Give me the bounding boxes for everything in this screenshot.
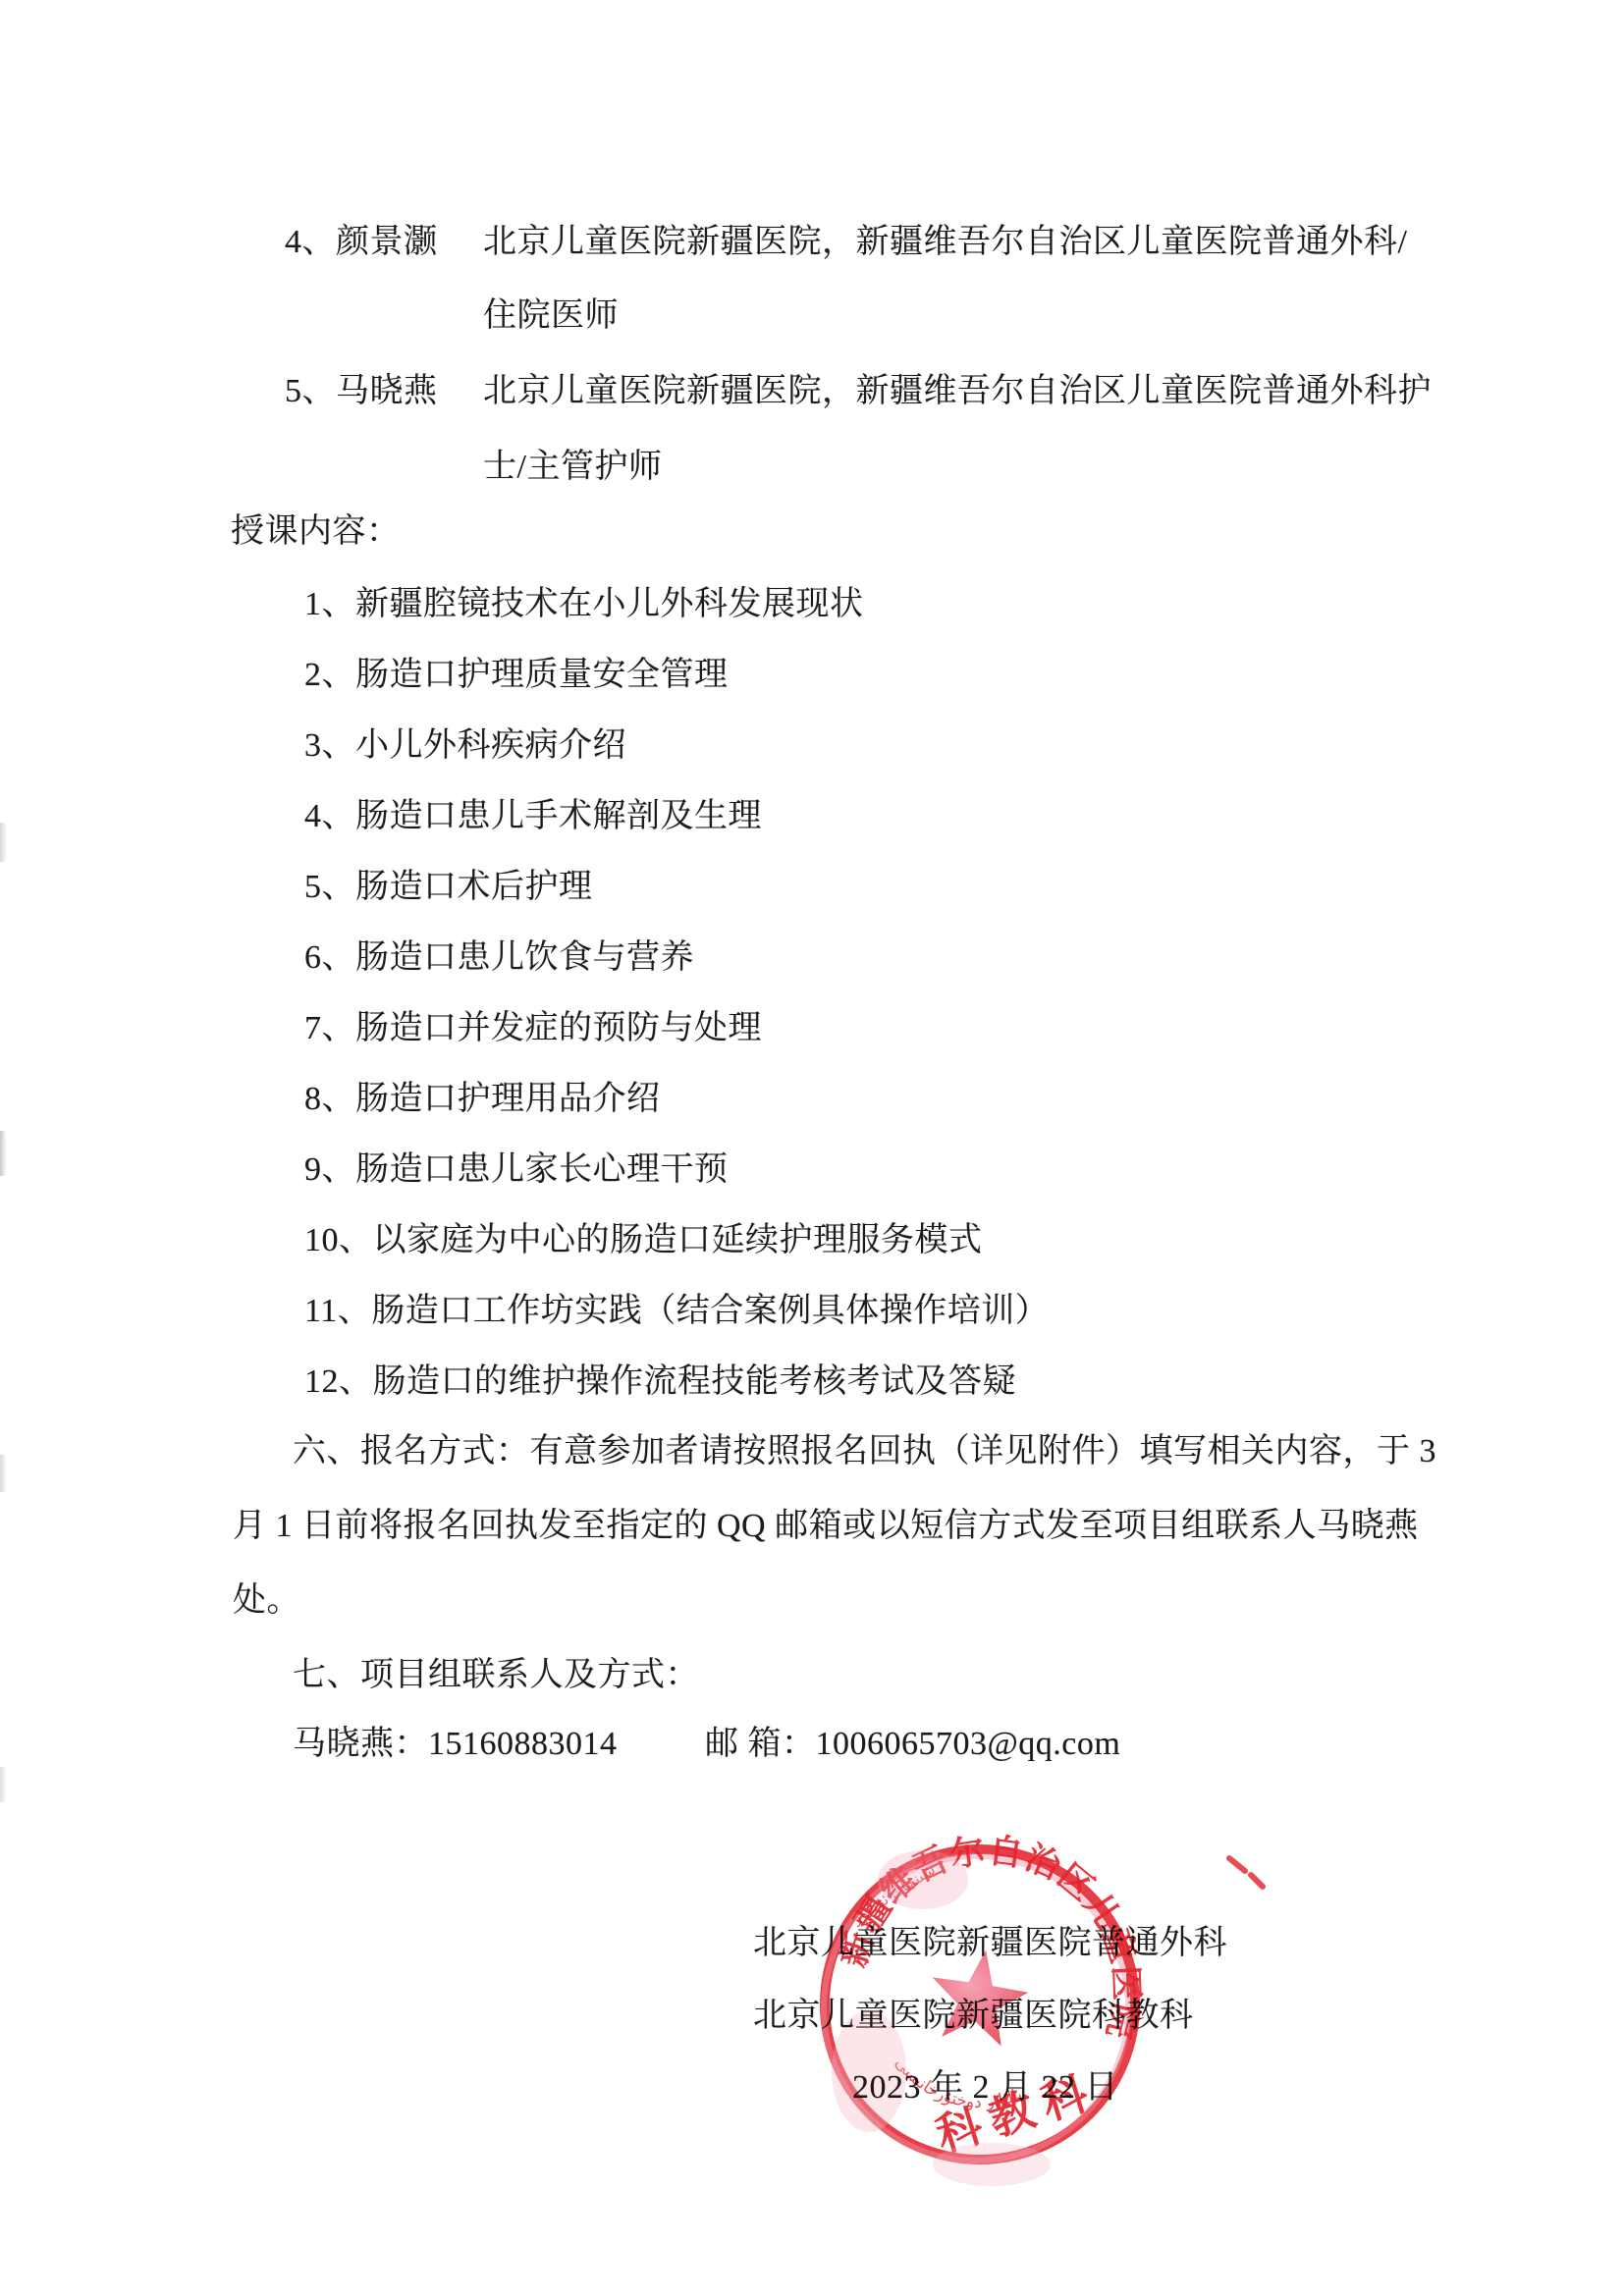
course-item: 5、肠造口术后护理	[304, 866, 1049, 936]
stamp-fade-blotch	[878, 1850, 968, 1909]
course-item: 11、肠造口工作坊实践（结合案例具体操作培训）	[304, 1290, 1049, 1361]
course-item: 8、肠造口护理用品介绍	[304, 1078, 1049, 1148]
course-item: 12、肠造口的维护操作流程技能考核考试及答疑	[304, 1361, 1049, 1431]
scan-artifact	[0, 823, 7, 862]
faculty-item-affiliation-line1: 北京儿童医院新疆医院，新疆维吾尔自治区儿童医院普通外科/	[483, 221, 1407, 264]
course-item: 10、以家庭为中心的肠造口延续护理服务模式	[304, 1219, 1049, 1290]
course-item: 3、小儿外科疾病介绍	[304, 724, 1049, 795]
scanned-document-page: 4、颜景灏 北京儿童医院新疆医院，新疆维吾尔自治区儿童医院普通外科/ 住院医师 …	[0, 0, 1623, 2296]
stamp-ink-artifact	[1229, 1858, 1263, 1887]
contact-heading: 七、项目组联系人及方式：	[293, 1654, 699, 1697]
scan-artifact	[0, 1131, 7, 1176]
faculty-item-affiliation-line2: 住院医师	[483, 294, 619, 338]
contact-phone: 马晓燕：15160883014	[293, 1723, 618, 1766]
contact-email: 邮 箱：1006065703@qq.com	[705, 1723, 1120, 1766]
scan-artifact	[0, 1455, 7, 1492]
official-stamp: 新疆维吾尔自治区儿童医院 بالىلار دوختۇرخانىسى شىنجاڭ…	[766, 1787, 1276, 2248]
course-item: 1、新疆腔镜技术在小儿外科发展现状	[304, 583, 1049, 654]
faculty-item-label: 5、马晓燕	[285, 370, 438, 413]
stamp-fade-blotch	[832, 2010, 906, 2132]
course-item: 9、肠造口患儿家长心理干预	[304, 1148, 1049, 1219]
registration-line2: 月 1 日前将报名回执发至指定的 QQ 邮箱或以短信方式发至项目组联系人马晓燕	[233, 1505, 1419, 1548]
course-item: 7、肠造口并发症的预防与处理	[304, 1007, 1049, 1078]
section-heading-course-content: 授课内容：	[231, 510, 401, 554]
faculty-item-label: 4、颜景灏	[285, 221, 438, 264]
registration-line1: 六、报名方式：有意参加者请按照报名回执（详见附件）填写相关内容，于 3	[293, 1430, 1436, 1473]
course-item: 4、肠造口患儿手术解剖及生理	[304, 795, 1049, 866]
course-item: 2、肠造口护理质量安全管理	[304, 654, 1049, 724]
faculty-item-affiliation-line2: 士/主管护师	[483, 446, 662, 489]
course-item: 6、肠造口患儿饮食与营养	[304, 936, 1049, 1007]
course-list: 1、新疆腔镜技术在小儿外科发展现状 2、肠造口护理质量安全管理 3、小儿外科疾病…	[304, 583, 1049, 1431]
stamp-fade-blotch	[933, 2143, 1051, 2186]
scan-artifact	[0, 1767, 7, 1802]
faculty-item-affiliation-line1: 北京儿童医院新疆医院，新疆维吾尔自治区儿童医院普通外科护	[483, 370, 1432, 413]
registration-line3: 处。	[233, 1579, 300, 1623]
stamp-star-icon	[924, 1943, 1035, 2049]
